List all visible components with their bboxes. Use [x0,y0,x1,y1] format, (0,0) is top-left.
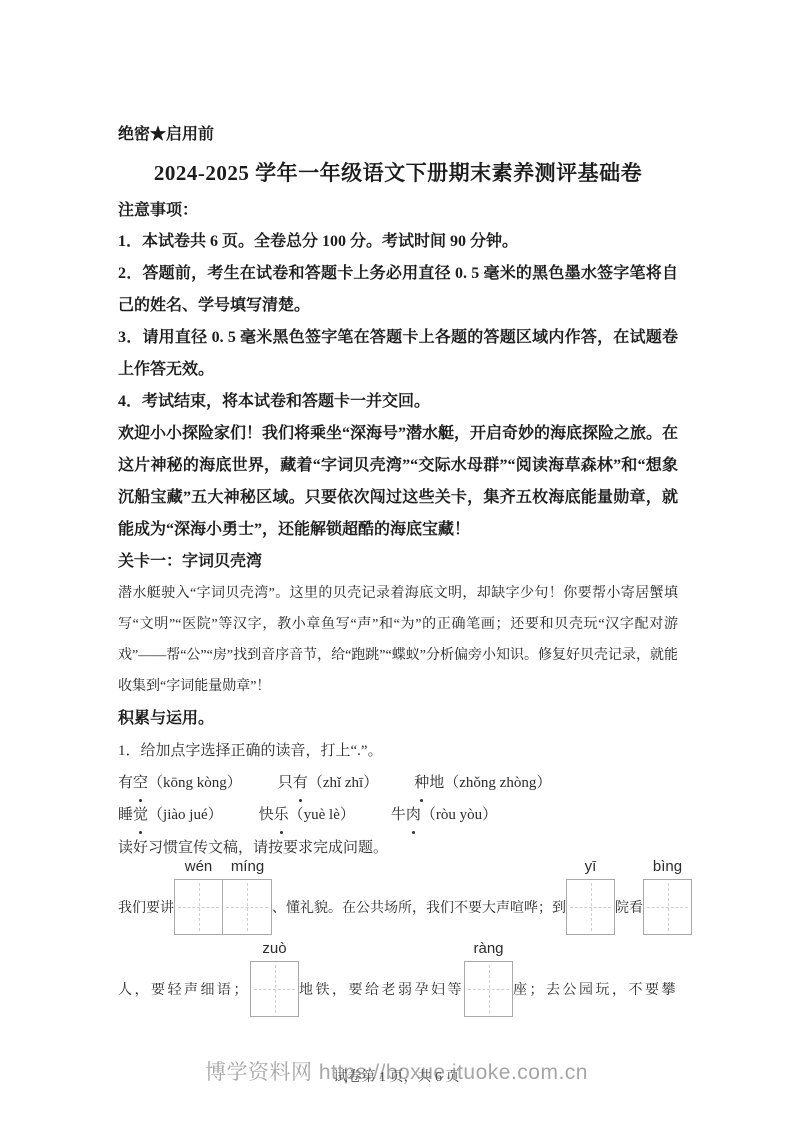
word-pinyin: （zhǒng zhòng） [444,775,551,791]
reading-word: 有空（kōng kòng） [118,767,242,799]
page-number: 试卷第 1 页，共 6 页 [0,1066,793,1086]
reading-word: 睡觉（jiào jué） [118,799,223,831]
sentence-segment: 我们要讲 [118,897,174,917]
pinyin-label: wén [174,858,223,876]
pinyin-labels: wénmíng [174,858,272,876]
pinyin-label: míng [223,858,272,876]
sentence-segment: 、懂礼貌。在公共场所，我们不要大声喧哗；到 [272,897,566,917]
answer-grid: yī [566,879,615,935]
pinyin-labels: yī [566,858,615,876]
answer-grid-pair: wénmíng [174,879,272,935]
pinyin-label: bìng [643,858,692,876]
exam-intro-paragraph: 欢迎小小探险家们！我们将乘坐“深海号”潜水艇，开启奇妙的海底探险之旅。在这片神秘… [118,418,678,546]
char-grid-box [464,961,513,1017]
fill-blank-line-2: 人，要轻声细语； zuò 地铁，要给老弱孕妇等 ràng 座；去公园玩，不要攀 [118,961,678,1017]
pinyin-labels: ràng [464,940,513,958]
dotted-char: 肉 [406,799,421,831]
char-grid-box [174,879,223,935]
exam-paper-page: 绝密★启用前 2024-2025 学年一年级语文下册期末素养测评基础卷 注意事项… [118,124,678,1017]
sentence-segment: 院看 [615,897,643,917]
word-pinyin: （kōng kòng） [148,775,242,791]
accumulation-section-heading: 积累与运用。 [118,702,678,735]
word-pinyin: （ròu yòu） [421,807,497,823]
dotted-char: 觉 [133,799,148,831]
word-pinyin: （jiào jué） [148,807,223,823]
pinyin-label: yī [566,858,615,876]
sentence-segment: 地铁，要给老弱孕妇等 [299,979,464,999]
word-pinyin: （yuè lè） [289,807,355,823]
word-pinyin: （zhǐ zhī） [308,775,378,791]
char-grid-box [250,961,299,1017]
pinyin-label: zuò [250,940,299,958]
level1-description: 潜水艇驶入“字词贝壳湾”。这里的贝壳记录着海底文明，却缺字少句！你要帮小寄居蟹填… [118,578,678,702]
fill-blank-line-1: 我们要讲 wénmíng 、懂礼貌。在公共场所，我们不要大声喧哗；到 yī 院看… [118,879,678,935]
pinyin-label: ràng [464,940,513,958]
pinyin-labels: zuò [250,940,299,958]
notice-item-2: 2．答题前，考生在试卷和答题卡上务必用直径 0. 5 毫米的黑色墨水签字笔将自己… [118,258,678,322]
notice-item-1: 1．本试卷共 6 页。全卷总分 100 分。考试时间 90 分钟。 [118,226,678,258]
char-grid-box [566,879,615,935]
dotted-char: 乐 [274,799,289,831]
question1-text: 1．给加点字选择正确的读音，打上“.”。 [118,735,678,767]
dotted-char: 有 [293,767,308,799]
sentence-segment: 人，要轻声细语； [118,979,250,999]
answer-grid: zuò [250,961,299,1017]
notice-item-4: 4．考试结束，将本试卷和答题卡一并交回。 [118,386,678,418]
reading-word: 牛肉（ròu yòu） [391,799,497,831]
notice-item-3: 3．请用直径 0. 5 毫米黑色签字笔在答题卡上各题的答题区域内作答，在试题卷上… [118,322,678,386]
reading-word: 只有（zhǐ zhī） [278,767,378,799]
reading-word: 种地（zhǒng zhòng） [414,767,551,799]
level1-heading: 关卡一：字词贝壳湾 [118,546,678,578]
dotted-char: 种 [414,767,429,799]
exam-title: 2024-2025 学年一年级语文下册期末素养测评基础卷 [118,158,678,188]
pinyin-labels: bìng [643,858,692,876]
answer-grid: bìng [643,879,692,935]
notice-heading: 注意事项： [118,196,678,226]
dotted-char: 空 [133,767,148,799]
answer-grid: ràng [464,961,513,1017]
reading-words-row-1: 有空（kōng kòng） 只有（zhǐ zhī） 种地（zhǒng zhòng… [118,767,678,799]
char-grid-box [643,879,692,935]
reading-words-row-2: 睡觉（jiào jué） 快乐（yuè lè） 牛肉（ròu yòu） [118,799,678,831]
char-grid-box [223,879,272,935]
reading-word: 快乐（yuè lè） [259,799,355,831]
classification-banner: 绝密★启用前 [118,124,678,146]
sentence-segment: 座；去公园玩，不要攀 [513,979,678,999]
